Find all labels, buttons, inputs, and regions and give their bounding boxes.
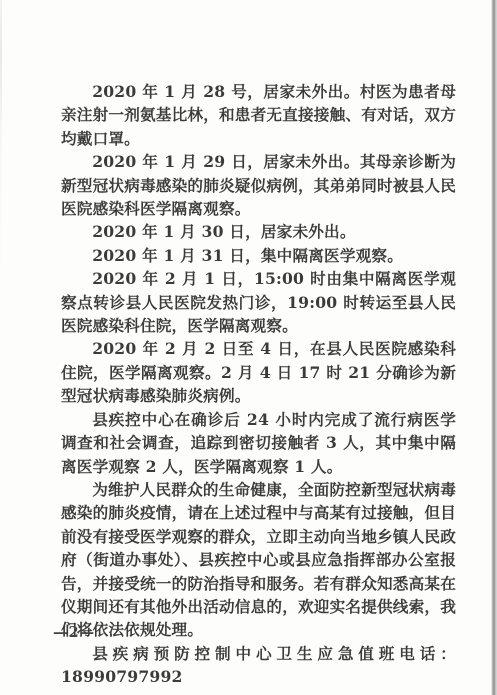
paragraph-timeline-jan31: 2020 年 1 月 31 日，集中隔离医学观察。	[61, 244, 456, 267]
document-body: 2020 年 1 月 28 号，居家未外出。村医为患者母亲注射一剂氨基比林，和患…	[61, 80, 456, 689]
document-page: 2020 年 1 月 28 号，居家未外出。村医为患者母亲注射一剂氨基比林，和患…	[0, 0, 497, 695]
paragraph-public-notice: 为维护人民群众的生命健康，全面防控新型冠状病毒感染的肺炎疫情，请在上述过程中与高…	[61, 478, 456, 642]
scan-edge-shadow	[489, 0, 497, 695]
paragraph-timeline-feb1: 2020 年 2 月 1 日，15:00 时由集中隔离医学观察点转诊县人民医院发…	[61, 267, 456, 337]
paragraph-timeline-jan28: 2020 年 1 月 28 号，居家未外出。村医为患者母亲注射一剂氨基比林，和患…	[61, 80, 456, 150]
hotline-line: 县疾病预防控制中心卫生应急值班电话：18990797992	[61, 642, 456, 689]
scan-left-edge	[0, 0, 2, 695]
paragraph-timeline-jan29: 2020 年 1 月 29 日，居家未外出。其母亲诊断为新型冠状病毒感染的肺炎疑…	[61, 150, 456, 220]
paragraph-cdc-investigation: 县疾控中心在确诊后 24 小时内完成了流行病医学调查和社会调查，追踪到密切接触者…	[61, 408, 456, 478]
page-number: —2—	[53, 624, 95, 641]
paragraph-timeline-jan30: 2020 年 1 月 30 日，居家未外出。	[61, 220, 456, 243]
hotline-phone-number: 18990797992	[61, 667, 183, 686]
hotline-label: 县疾病预防控制中心卫生应急值班电话：	[92, 644, 456, 663]
paragraph-timeline-feb2-4: 2020 年 2 月 2 日至 4 日，在县人民医院感染科住院，医学隔离观察。2…	[61, 337, 456, 407]
